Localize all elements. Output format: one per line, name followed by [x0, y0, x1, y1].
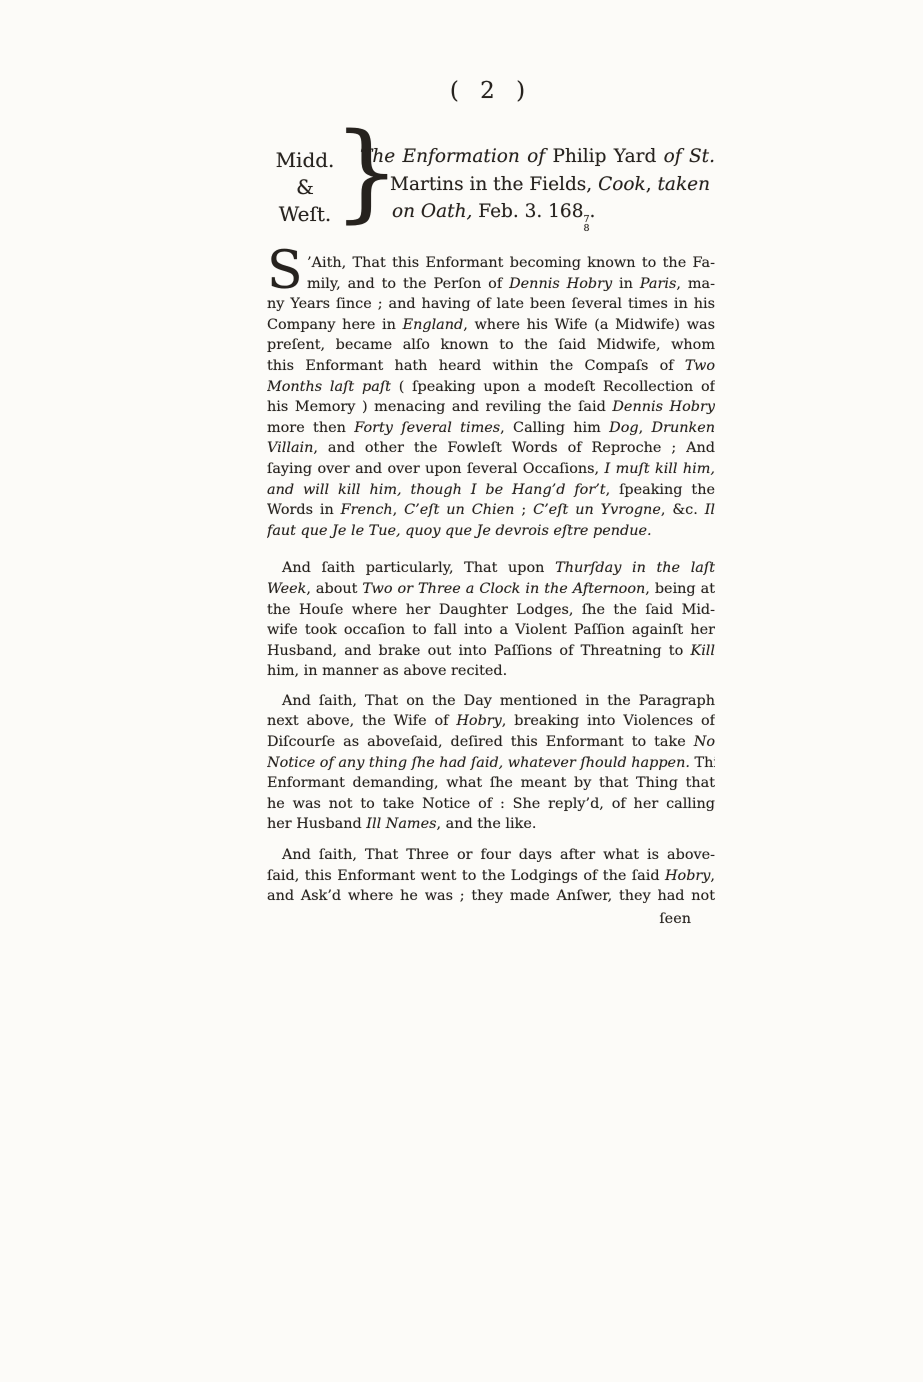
text-segment: .	[590, 201, 596, 222]
text-segment: Dennis Hobry	[509, 276, 612, 292]
text-segment: Enformant demanding, what ſhe meant by t…	[267, 775, 715, 791]
text-segment: more then	[267, 420, 354, 436]
text-line: wife took occaſion to fall into a Violen…	[267, 620, 715, 641]
text-line: ny Years ſince ; and having of late been…	[267, 294, 715, 315]
text-segment: ,	[393, 502, 405, 518]
text-segment: ,	[639, 420, 652, 436]
text-segment: Week	[267, 581, 306, 597]
text-segment: This	[690, 755, 715, 771]
text-line: his Memory ) menacing and reviling the ſ…	[267, 397, 715, 418]
text-segment: mily, and to the Perſon of	[307, 276, 509, 292]
text-segment: , where his Wife (a Midwife) was	[463, 317, 715, 333]
text-segment: England	[403, 317, 464, 333]
text-segment: Forty ſeveral times	[354, 420, 500, 436]
text-segment: Months laſt paſt	[267, 379, 391, 395]
text-segment: Two or Three a Clock in the Afternoon	[362, 581, 645, 597]
text-segment: , ſpeaking the	[606, 482, 715, 498]
text-segment: And ſaith particularly, That upon	[282, 560, 555, 576]
text-segment: , and the like.	[436, 816, 536, 832]
text-segment: And ſaith, That Three or four days after…	[282, 847, 715, 863]
text-line: he was not to take Notice of : She reply…	[267, 794, 715, 815]
text-line: faut que Je le Tue, quoy que Je devrois …	[267, 521, 715, 542]
text-segment: next above, the Wife of	[267, 713, 456, 729]
text-segment: Philip Yard	[552, 146, 663, 167]
text-segment: Martins in the Fields,	[390, 174, 598, 195]
text-line: mily, and to the Perſon of Dennis Hobry …	[267, 274, 715, 295]
text-segment: ſaying over and over upon ſeveral Occaſi…	[267, 461, 605, 477]
text-segment: Dog	[609, 420, 638, 436]
text-line: her Husband Ill Names, and the like.	[267, 814, 715, 835]
text-segment: , being at	[645, 581, 715, 597]
text-segment: this Enformant hath heard within the Com…	[267, 358, 685, 374]
text-segment: Kill	[690, 643, 715, 659]
text-line: him, in manner as above recited.	[267, 661, 715, 682]
text-segment: wife took occaſion to fall into a Violen…	[267, 622, 715, 638]
text-segment: ny Years ſince ; and having of late been…	[267, 296, 715, 312]
text-line: The Enformation of Philip Yard of St.	[360, 143, 715, 171]
text-segment: Hobry	[456, 713, 501, 729]
text-line: on Oath, Feb. 3. 16878.	[360, 198, 715, 233]
paragraph: ’Aith, That this Enformant becoming know…	[267, 253, 715, 541]
text-segment: C’eſt un Yvrogne	[533, 502, 661, 518]
text-line: Diſcourſe as aboveſaid, deſired this Enf…	[267, 732, 715, 753]
text-segment: ,	[646, 174, 658, 195]
text-segment: No	[694, 734, 715, 750]
paragraph: And ſaith, That on the Day mentioned in …	[267, 691, 715, 835]
text-segment: ;	[514, 502, 533, 518]
text-segment: Two	[685, 358, 715, 374]
text-segment: Words in	[267, 502, 341, 518]
text-segment: French	[341, 502, 393, 518]
text-line: And ſaith particularly, That upon Thurſd…	[267, 558, 715, 579]
text-segment: Feb. 3. 168	[478, 201, 583, 222]
text-segment: Diſcourſe as aboveſaid, deſired this Enf…	[267, 734, 694, 750]
text-segment: Husband, and brake out into Paſſions of …	[267, 643, 690, 659]
text-line: And ſaith, That on the Day mentioned in …	[267, 691, 715, 712]
text-segment: ,	[710, 868, 715, 884]
text-segment: the Houſe where her Daughter Lodges, ſhe…	[267, 602, 715, 618]
text-segment: Paris	[640, 276, 676, 292]
text-segment: his Memory ) menacing and reviling the ſ…	[267, 399, 612, 415]
paragraph: And ſaith, That Three or four days after…	[267, 845, 715, 907]
page: ( 2 ) Midd. & Weſt. } The Enformation of…	[0, 0, 923, 1382]
text-line: And ſaith, That Three or four days after…	[267, 845, 715, 866]
text-segment: ( ſpeaking upon a modeſt Recollection of	[391, 379, 715, 395]
text-segment: taken up-	[657, 174, 715, 195]
text-segment: , Calling him	[500, 420, 609, 436]
paragraphs: ’Aith, That this Enformant becoming know…	[267, 253, 715, 907]
text-segment: and will kill him, though I be Hang’d fo…	[267, 482, 606, 498]
text-segment: Ill Names	[366, 816, 436, 832]
text-segment: , about	[306, 581, 362, 597]
text-segment: And ſaith, That on the Day mentioned in …	[282, 693, 715, 709]
text-segment: he was not to take Notice of : She reply…	[267, 796, 715, 812]
text-line: Week, about Two or Three a Clock in the …	[267, 579, 715, 600]
text-line: and Ask’d where he was ; they made Anſwe…	[267, 886, 715, 907]
text-segment: of St.	[664, 146, 715, 167]
paragraph: And ſaith particularly, That upon Thurſd…	[267, 558, 715, 682]
text-segment: ſaid, this Enformant went to the Lodging…	[267, 868, 665, 884]
text-line: more then Forty ſeveral times, Calling h…	[267, 418, 715, 439]
text-line: the Houſe where her Daughter Lodges, ſhe…	[267, 600, 715, 621]
sidenote-line: &	[269, 174, 341, 201]
text-segment: Cook	[598, 174, 646, 195]
text-segment: Villain	[267, 440, 313, 456]
text-segment: Company here in	[267, 317, 403, 333]
text-line: preſent, became alſo known to the ſaid M…	[267, 335, 715, 356]
document-title: The Enformation of Philip Yard of St.Mar…	[360, 143, 715, 233]
text-line: Enformant demanding, what ſhe meant by t…	[267, 773, 715, 794]
text-segment: Thurſday in the laſt	[555, 560, 715, 576]
text-line: Husband, and brake out into Paſſions of …	[267, 641, 715, 662]
text-segment: , and other the Fowleſt Words of Reproch…	[313, 440, 715, 456]
text-line: ’Aith, That this Enformant becoming know…	[267, 253, 715, 274]
text-segment: her Husband	[267, 816, 366, 832]
sidenote-line: Weſt.	[269, 201, 341, 228]
text-line: Months laſt paſt ( ſpeaking upon a modeſ…	[267, 377, 715, 398]
text-segment: faut que Je le Tue, quoy que Je devrois …	[267, 523, 652, 539]
document-header: Midd. & Weſt. } The Enformation of Phili…	[267, 140, 715, 240]
text-line: Notice of any thing ſhe had ſaid, whatev…	[267, 753, 715, 774]
text-segment: preſent, became alſo known to the ſaid M…	[267, 337, 715, 353]
text-line: ſaid, this Enformant went to the Lodging…	[267, 866, 715, 887]
text-segment: I muſt kill him,	[605, 461, 715, 477]
text-line: Company here in England, where his Wife …	[267, 315, 715, 336]
text-segment: , &c.	[661, 502, 705, 518]
text-segment: Dennis Hobry	[612, 399, 715, 415]
text-segment: , breaking into Violences of	[502, 713, 715, 729]
text-line: this Enformant hath heard within the Com…	[267, 356, 715, 377]
text-line: Words in French, C’eſt un Chien ; C’eſt …	[267, 500, 715, 521]
text-segment: on Oath,	[392, 201, 478, 222]
text-segment: , ma-	[676, 276, 715, 292]
text-segment: ’Aith, That this Enformant becoming know…	[307, 255, 715, 271]
text-segment: Notice of any thing ſhe had ſaid, whatev…	[267, 755, 690, 771]
body-text: S ’Aith, That this Enformant becoming kn…	[267, 253, 715, 907]
sidenote-line: Midd.	[269, 147, 341, 174]
text-segment: Il	[705, 502, 715, 518]
text-line: next above, the Wife of Hobry, breaking …	[267, 711, 715, 732]
text-segment: The Enformation of	[360, 146, 552, 167]
text-line: ſaying over and over upon ſeveral Occaſi…	[267, 459, 715, 480]
text-segment: C’eſt un Chien	[404, 502, 514, 518]
fraction-part: 8	[583, 225, 589, 234]
text-segment: in	[612, 276, 640, 292]
catchword: ſeen	[267, 911, 715, 927]
page-number: ( 2 )	[267, 78, 715, 104]
text-line: Villain, and other the Fowleſt Words of …	[267, 438, 715, 459]
text-line: Martins in the Fields, Cook, taken up-	[360, 171, 715, 199]
jurisdiction-sidenote: Midd. & Weſt.	[269, 147, 341, 228]
text-segment: him, in manner as above recited.	[267, 663, 507, 679]
text-segment: Drunken	[652, 420, 715, 436]
text-line: and will kill him, though I be Hang’d fo…	[267, 480, 715, 501]
text-segment: and Ask’d where he was ; they made Anſwe…	[267, 888, 715, 904]
text-segment: Hobry	[665, 868, 710, 884]
